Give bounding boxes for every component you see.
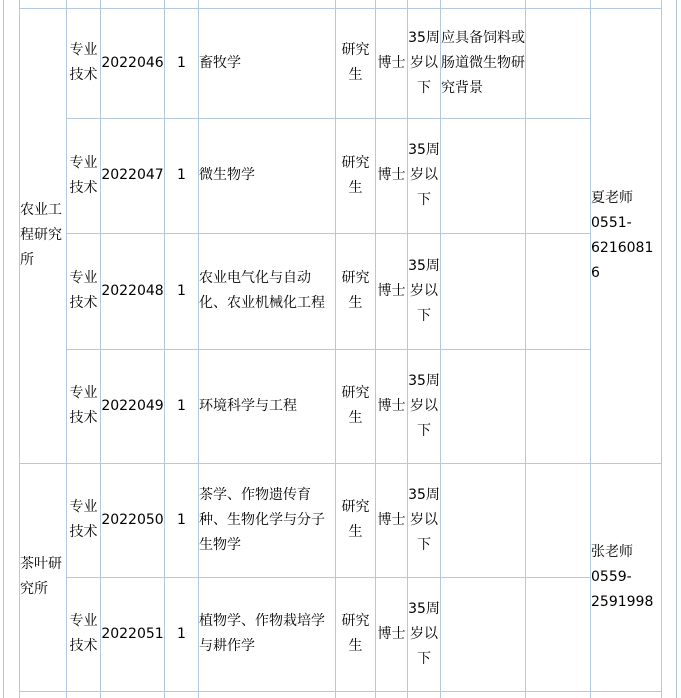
age-limit-cell: 35周岁以下 xyxy=(408,233,441,349)
major-cell: 环境科学与工程 xyxy=(199,349,336,463)
degree-cell: 博士 xyxy=(376,463,408,577)
age-limit-cell xyxy=(408,691,441,698)
headcount-cell xyxy=(165,0,199,8)
major-cell: 茶学、作物遗传育种、生物化学与分子生物学 xyxy=(199,463,336,577)
degree-cell xyxy=(376,691,408,698)
major-cell: 植物学、作物栽培学与耕作学 xyxy=(199,577,336,691)
contact-phone-number: 2591998 xyxy=(591,590,661,615)
contact-cell xyxy=(591,691,662,698)
requirement-cell xyxy=(441,349,526,463)
institute-cell xyxy=(20,0,67,8)
position-code-cell: 2022050 xyxy=(101,463,165,577)
position-code-cell: 2022048 xyxy=(101,233,165,349)
education-cell: 研究生 xyxy=(336,233,376,349)
table-row: 专业技术 2022049 1 环境科学与工程 研究生 博士 35周岁以下 xyxy=(4,349,677,463)
remark-cell xyxy=(526,349,591,463)
remark-cell xyxy=(526,233,591,349)
position-type-cell xyxy=(67,0,101,8)
left-edge-cell xyxy=(4,0,20,698)
education-cell: 研究生 xyxy=(336,349,376,463)
headcount-cell: 1 xyxy=(165,118,199,233)
remark-cell xyxy=(526,691,591,698)
requirement-cell xyxy=(441,118,526,233)
requirement-cell xyxy=(441,577,526,691)
age-limit-cell: 35周岁以下 xyxy=(408,463,441,577)
age-limit-cell xyxy=(408,0,441,8)
table-row-partial-top xyxy=(4,0,677,8)
position-code-cell xyxy=(101,691,165,698)
recruitment-table: 农业工程研究所 专业技术 2022046 1 畜牧学 研究生 博士 35周岁以下… xyxy=(3,0,677,698)
age-limit-cell: 35周岁以下 xyxy=(408,577,441,691)
contact-name: 夏老师 xyxy=(591,186,661,211)
requirement-cell xyxy=(441,463,526,577)
position-code-cell: 2022049 xyxy=(101,349,165,463)
table-row-partial-bottom xyxy=(4,691,677,698)
position-type-cell: 专业技术 xyxy=(67,8,101,118)
education-cell: 研究生 xyxy=(336,8,376,118)
headcount-cell: 1 xyxy=(165,8,199,118)
page: 农业工程研究所 专业技术 2022046 1 畜牧学 研究生 博士 35周岁以下… xyxy=(0,0,681,698)
institute-cell xyxy=(20,691,67,698)
position-type-cell: 专业技术 xyxy=(67,349,101,463)
position-code-cell xyxy=(101,0,165,8)
table-row: 专业技术 2022048 1 农业电气化与自动化、农业机械化工程 研究生 博士 … xyxy=(4,233,677,349)
requirement-cell xyxy=(441,233,526,349)
institute-cell: 农业工程研究所 xyxy=(20,8,67,463)
position-code-cell: 2022047 xyxy=(101,118,165,233)
table-row: 专业技术 2022047 1 微生物学 研究生 博士 35周岁以下 xyxy=(4,118,677,233)
major-cell xyxy=(199,0,336,8)
institute-cell: 茶叶研究所 xyxy=(20,463,67,691)
degree-cell: 博士 xyxy=(376,118,408,233)
remark-cell xyxy=(526,577,591,691)
contact-phone-number: 62160816 xyxy=(591,236,661,286)
headcount-cell: 1 xyxy=(165,349,199,463)
degree-cell: 博士 xyxy=(376,233,408,349)
position-type-cell: 专业技术 xyxy=(67,463,101,577)
remark-cell xyxy=(526,463,591,577)
table-row: 茶叶研究所 专业技术 2022050 1 茶学、作物遗传育种、生物化学与分子生物… xyxy=(4,463,677,577)
position-code-cell: 2022046 xyxy=(101,8,165,118)
contact-phone-prefix: 0551- xyxy=(591,211,661,236)
requirement-cell xyxy=(441,691,526,698)
major-cell: 农业电气化与自动化、农业机械化工程 xyxy=(199,233,336,349)
degree-cell: 博士 xyxy=(376,349,408,463)
education-cell: 研究生 xyxy=(336,118,376,233)
headcount-cell: 1 xyxy=(165,577,199,691)
contact-cell xyxy=(591,0,662,8)
degree-cell xyxy=(376,0,408,8)
major-cell: 微生物学 xyxy=(199,118,336,233)
contact-cell: 张老师 0559- 2591998 xyxy=(591,463,662,691)
contact-phone-prefix: 0559- xyxy=(591,565,661,590)
education-cell xyxy=(336,691,376,698)
remark-cell xyxy=(526,118,591,233)
requirement-cell xyxy=(441,0,526,8)
degree-cell: 博士 xyxy=(376,8,408,118)
contact-name: 张老师 xyxy=(591,540,661,565)
table-row: 专业技术 2022051 1 植物学、作物栽培学与耕作学 研究生 博士 35周岁… xyxy=(4,577,677,691)
headcount-cell xyxy=(165,691,199,698)
major-cell xyxy=(199,691,336,698)
education-cell: 研究生 xyxy=(336,577,376,691)
position-type-cell xyxy=(67,691,101,698)
contact-cell: 夏老师 0551- 62160816 xyxy=(591,8,662,463)
remark-cell xyxy=(526,0,591,8)
age-limit-cell: 35周岁以下 xyxy=(408,8,441,118)
position-type-cell: 专业技术 xyxy=(67,577,101,691)
education-cell: 研究生 xyxy=(336,463,376,577)
headcount-cell: 1 xyxy=(165,233,199,349)
position-type-cell: 专业技术 xyxy=(67,233,101,349)
position-code-cell: 2022051 xyxy=(101,577,165,691)
remark-cell xyxy=(526,8,591,118)
age-limit-cell: 35周岁以下 xyxy=(408,349,441,463)
requirement-cell: 应具备饲料或肠道微生物研究背景 xyxy=(441,8,526,118)
right-edge-cell xyxy=(662,0,677,698)
position-type-cell: 专业技术 xyxy=(67,118,101,233)
age-limit-cell: 35周岁以下 xyxy=(408,118,441,233)
education-cell xyxy=(336,0,376,8)
table-row: 农业工程研究所 专业技术 2022046 1 畜牧学 研究生 博士 35周岁以下… xyxy=(4,8,677,118)
headcount-cell: 1 xyxy=(165,463,199,577)
major-cell: 畜牧学 xyxy=(199,8,336,118)
degree-cell: 博士 xyxy=(376,577,408,691)
